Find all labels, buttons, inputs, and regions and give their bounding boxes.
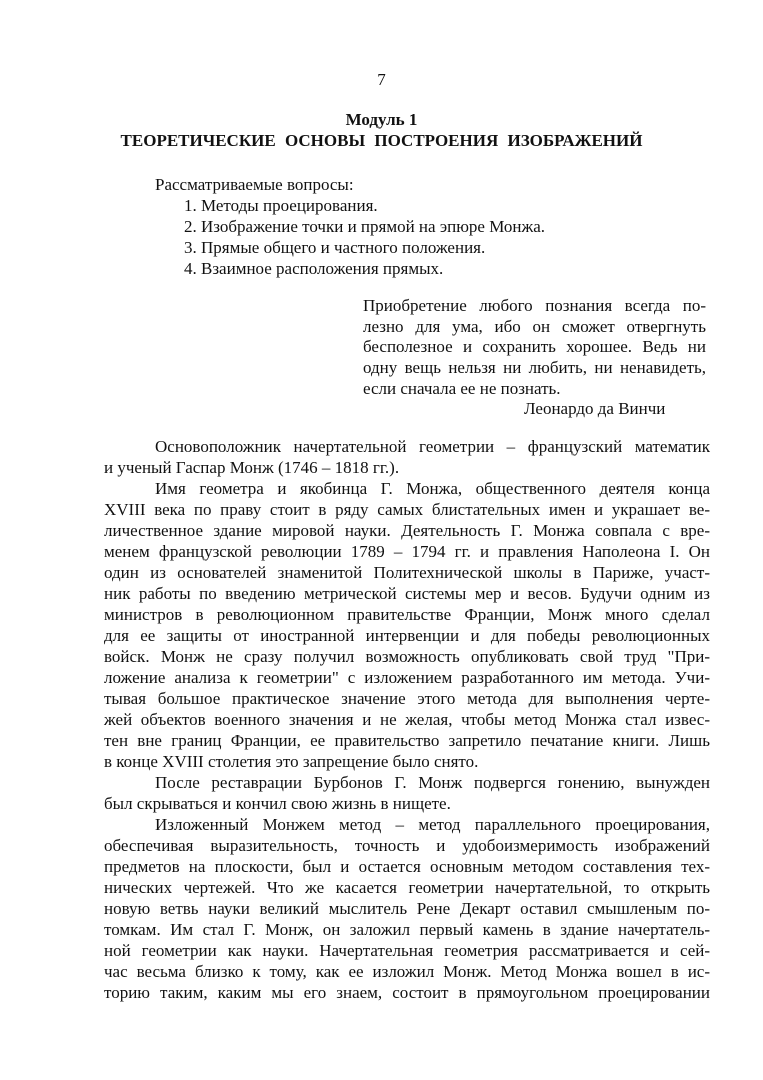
body-line: тен вне границ Франции, ее правительство… [104, 730, 710, 751]
body-line: предметов на плоскости, был и остается о… [104, 856, 710, 877]
document-page: 7 Модуль 1 ТЕОРЕТИЧЕСКИЕ ОСНОВЫ ПОСТРОЕН… [0, 0, 763, 1080]
body-line: Имя геометра и якобинца Г. Монжа, общест… [155, 478, 710, 499]
epigraph-line: одну вещь нельзя ни любить, ни ненавидет… [363, 358, 706, 378]
body-line: обеспечивая выразительность, точность и … [104, 835, 710, 856]
module-subtitle: ТЕОРЕТИЧЕСКИЕ ОСНОВЫ ПОСТРОЕНИЯ ИЗОБРАЖЕ… [0, 131, 763, 151]
body-line: и ученый Гаспар Монж (1746 – 1818 гг.). [104, 457, 710, 478]
body-line: был скрываться и кончил свою жизнь в нищ… [104, 793, 710, 814]
epigraph-line: если сначала ее не познать. [363, 379, 706, 399]
body-line: После реставрации Бурбонов Г. Монж подве… [155, 772, 710, 793]
body-line: новую ветвь науки великий мыслитель Рене… [104, 898, 710, 919]
body-line: менем французской революции 1789 – 1794 … [104, 541, 710, 562]
body-line: торию таким, каким мы его знаем, состоит… [104, 982, 710, 1003]
body-line: ник работы по введению метрической систе… [104, 583, 710, 604]
body-line: один из основателей знаменитой Политехни… [104, 562, 710, 583]
epigraph-line: бесполезное и сохранить хорошее. Ведь ни [363, 337, 706, 357]
body-line: Основоположник начертательной геометрии … [155, 436, 710, 457]
body-line: XVIII века по праву стоит в ряду самых б… [104, 499, 710, 520]
body-line: Изложенный Монжем метод – метод параллел… [155, 814, 710, 835]
body-line: час весьма близко к тому, как ее изложил… [104, 961, 710, 982]
body-line: ной геометрии как науки. Начертательная … [104, 940, 710, 961]
body-line: жей объектов военного значения и не жела… [104, 709, 710, 730]
epigraph-line: Приобретение любого познания всегда по- [363, 296, 706, 316]
questions-heading: Рассматриваемые вопросы: [155, 175, 354, 195]
page-number: 7 [0, 70, 763, 90]
question-item: 4. Взаимное расположения прямых. [184, 259, 443, 279]
body-line: тывая большое практическое значение этог… [104, 688, 710, 709]
body-line: войск. Монж не сразу получил возможность… [104, 646, 710, 667]
epigraph-author: Леонардо да Винчи [524, 399, 665, 419]
epigraph-line: лезно для ума, ибо он сможет отвергнуть [363, 317, 706, 337]
question-item: 3. Прямые общего и частного положения. [184, 238, 485, 258]
body-line: министров в революционном правительстве … [104, 604, 710, 625]
body-line: томкам. Им стал Г. Монж, он заложил перв… [104, 919, 710, 940]
body-line: личественное здание мировой науки. Деяте… [104, 520, 710, 541]
question-item: 2. Изображение точки и прямой на эпюре М… [184, 217, 545, 237]
body-line: нических чертежей. Что же касается геоме… [104, 877, 710, 898]
body-line: в конце XVIII столетия это запрещение бы… [104, 751, 710, 772]
question-item: 1. Методы проецирования. [184, 196, 378, 216]
body-line: для ее защиты от иностранной интервенции… [104, 625, 710, 646]
body-line: ложение анализа к геометрии" с изложение… [104, 667, 710, 688]
module-title: Модуль 1 [0, 110, 763, 130]
